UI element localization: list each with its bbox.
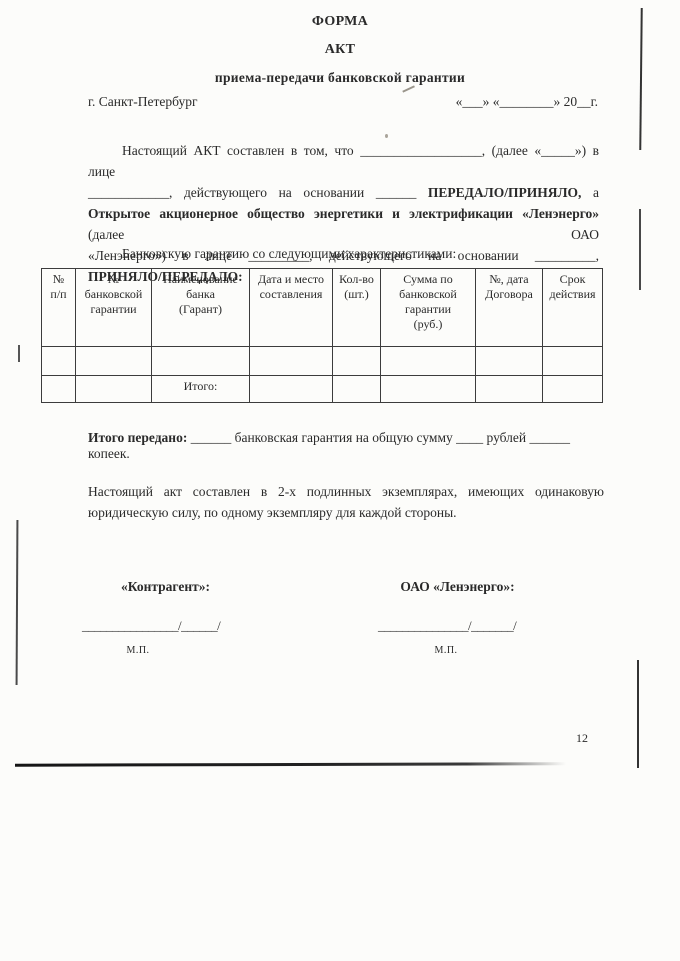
col-header-amount: Сумма по банковской гарантии (руб.) xyxy=(381,269,476,347)
city-label: г. Санкт-Петербург xyxy=(88,94,198,109)
totals-label: Итого передано: xyxy=(88,430,187,445)
intro-blank: ____________, xyxy=(88,185,172,200)
scan-edge-right-segment-3 xyxy=(637,660,639,768)
counterparty-seal-mark: М.П. xyxy=(88,645,188,656)
scan-edge-bottom-line xyxy=(15,762,566,766)
col-header-validity: Срок действия xyxy=(543,269,603,347)
col-header-contract: №, дата Договора xyxy=(476,269,543,347)
form-label: ФОРМА xyxy=(0,14,680,30)
total-label-cell: Итого: xyxy=(152,376,250,403)
intro-paragraph: Настоящий АКТ составлен в том, что _____… xyxy=(88,140,599,287)
totals-line: Итого передано: ______ банковская гарант… xyxy=(88,430,599,462)
col-header-date-place: Дата и место составления xyxy=(250,269,333,347)
lenenergo-title: ОАО «Ленэнерго»: xyxy=(375,579,540,595)
table-lead-in: Банковскую гарантию со следующими характ… xyxy=(88,246,599,262)
intro-basis-text: действующего на основании ______ xyxy=(184,185,416,200)
intro-line-3: Открытое акционерное общество энергетики… xyxy=(88,203,599,245)
col-header-bank-name: Наименование банка (Гарант) xyxy=(152,269,250,347)
guarantee-table: № п/п № банковской гарантии Наименование… xyxy=(41,268,603,403)
date-blank: «___» «________» 20__г. xyxy=(456,94,598,110)
page-number: 12 xyxy=(576,731,588,746)
table-header-row: № п/п № банковской гарантии Наименование… xyxy=(42,269,603,347)
col-header-quantity: Кол-во (шт.) xyxy=(333,269,381,347)
city-date-row: г. Санкт-Петербург «___» «________» 20__… xyxy=(88,94,598,110)
scan-speck-2 xyxy=(385,134,388,138)
intro-conjunction: а xyxy=(593,185,599,200)
table-empty-row xyxy=(42,347,603,376)
counterparty-signature-line: ________________/______/ xyxy=(82,618,220,634)
scan-edge-left-line xyxy=(16,520,18,685)
scan-speck-1 xyxy=(402,85,414,92)
lenenergo-signature-line: _______________/_______/ xyxy=(378,618,516,634)
col-header-guarantee-number: № банковской гарантии xyxy=(76,269,152,347)
col-header-index: № п/п xyxy=(42,269,76,347)
company-alias-open: (далее ОАО xyxy=(88,227,599,242)
closing-paragraph: Настоящий акт составлен в 2-х подлинных … xyxy=(88,481,604,523)
doc-type-title: АКТ xyxy=(0,42,680,58)
table-total-row: Итого: xyxy=(42,376,603,403)
company-name-bold: Открытое акционерное общество энергетики… xyxy=(88,206,599,221)
lenenergo-seal-mark: М.П. xyxy=(396,645,496,656)
scanned-document-page: ФОРМА АКТ приема-передачи банковской гар… xyxy=(0,0,680,961)
counterparty-title: «Контрагент»: xyxy=(88,579,243,595)
scan-edge-right-segment-2 xyxy=(639,209,641,290)
scan-edge-left-tick xyxy=(18,345,20,362)
transferred-accepted-label: ПЕРЕДАЛО/ПРИНЯЛО, xyxy=(428,185,582,200)
doc-subtitle: приема-передачи банковской гарантии xyxy=(0,70,680,86)
intro-line-2: ____________, действующего на основании … xyxy=(88,182,599,203)
intro-line-1: Настоящий АКТ составлен в том, что _____… xyxy=(88,140,599,182)
